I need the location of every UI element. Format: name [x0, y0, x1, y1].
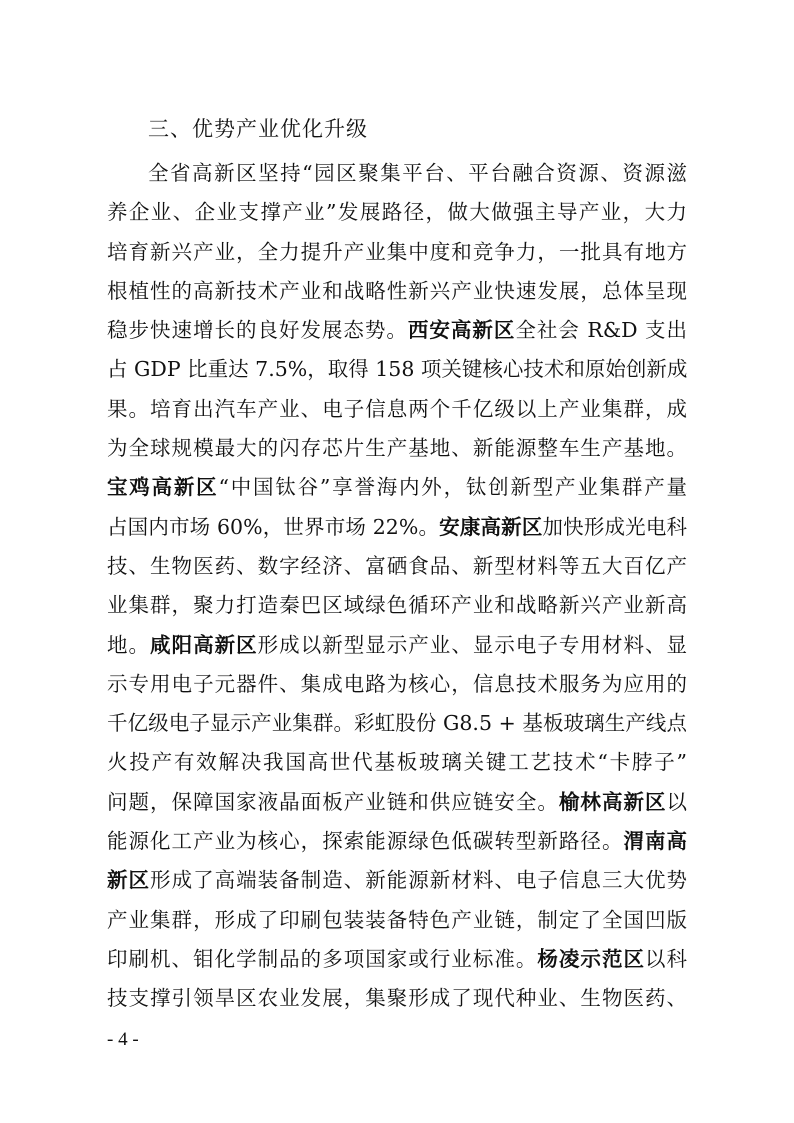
- paragraph-body: 全省高新区坚持“园区聚集平台、平台融合资源、资源滋养企业、企业支撑产业”发展路径…: [107, 154, 687, 1019]
- text-segment: 业集群，聚力打造秦巴区域绿色循环产业和战略新兴产业新高: [107, 593, 687, 617]
- text-line: 为全球规模最大的闪存芯片生产基地、新能源整车生产基地。: [107, 429, 687, 468]
- text-line: 技、生物医药、数字经济、富硒食品、新型材料等五大百亿产: [107, 547, 687, 586]
- text-line: 全省高新区坚持“园区聚集平台、平台融合资源、资源滋: [107, 154, 687, 193]
- text-segment: 以: [667, 790, 688, 814]
- text-segment: 问题，保障国家液晶面板产业链和供应链安全。: [107, 790, 559, 814]
- text-line: 占 GDP 比重达 7.5%，取得 158 项关键核心技术和原始创新成: [107, 350, 687, 389]
- text-segment: 形成了高端装备制造、新能源新材料、电子信息三大优势: [150, 868, 687, 892]
- highlighted-zone-name: 宝鸡高新区: [107, 475, 218, 499]
- text-line: 占国内市场 60%，世界市场 22%。安康高新区加快形成光电科: [107, 508, 687, 547]
- text-line: 培育新兴产业，全力提升产业集中度和竞争力，一批具有地方: [107, 233, 687, 272]
- text-line: 业集群，聚力打造秦巴区域绿色循环产业和战略新兴产业新高: [107, 586, 687, 625]
- highlighted-zone-name: 安康高新区: [439, 515, 542, 539]
- text-line: 千亿级电子显示产业集群。彩虹股份 G8.5 + 基板玻璃生产线点: [107, 704, 687, 743]
- section-heading: 三、优势产业优化升级: [148, 113, 368, 145]
- highlighted-zone-name: 渭南高: [623, 829, 687, 853]
- text-segment: 示专用电子元器件、集成电路为核心，信息技术服务为应用的: [107, 672, 687, 696]
- text-line: 产业集群，形成了印刷包装装备特色产业链，制定了全国凹版: [107, 901, 687, 940]
- text-line: 技支撑引领旱区农业发展，集聚形成了现代种业、生物医药、: [107, 979, 687, 1018]
- text-segment: 千亿级电子显示产业集群。彩虹股份 G8.5 + 基板玻璃生产线点: [107, 711, 687, 735]
- text-line: 示专用电子元器件、集成电路为核心，信息技术服务为应用的: [107, 665, 687, 704]
- highlighted-zone-name: 杨凌示范区: [537, 947, 645, 971]
- text-segment: 地。: [107, 633, 150, 657]
- text-line: 养企业、企业支撑产业”发展路径，做大做强主导产业，大力: [107, 193, 687, 232]
- text-segment: 果。培育出汽车产业、电子信息两个千亿级以上产业集群，成: [107, 397, 687, 421]
- page-number: - 4 -: [107, 1026, 139, 1054]
- text-segment: 占 GDP 比重达 7.5%，取得 158 项关键核心技术和原始创新成: [107, 357, 687, 381]
- text-line: 宝鸡高新区“中国钛谷”享誉海内外，钛创新型产业集群产量: [107, 468, 687, 507]
- text-segment: 养企业、企业支撑产业”发展路径，做大做强主导产业，大力: [107, 200, 687, 224]
- text-segment: 稳步快速增长的良好发展态势。: [107, 318, 408, 342]
- text-segment: 以科: [645, 947, 687, 971]
- text-line: 稳步快速增长的良好发展态势。西安高新区全社会 R&D 支出: [107, 311, 687, 350]
- text-segment: 全省高新区坚持“园区聚集平台、平台融合资源、资源滋: [148, 161, 687, 185]
- text-segment: 根植性的高新技术产业和战略性新兴产业快速发展，总体呈现: [107, 279, 687, 303]
- text-segment: 加快形成光电科: [543, 515, 688, 539]
- highlighted-zone-name: 咸阳高新区: [150, 633, 258, 657]
- document-page: 三、优势产业优化升级 全省高新区坚持“园区聚集平台、平台融合资源、资源滋养企业、…: [0, 0, 794, 1123]
- text-line: 果。培育出汽车产业、电子信息两个千亿级以上产业集群，成: [107, 390, 687, 429]
- highlighted-zone-name: 新区: [107, 868, 150, 892]
- text-line: 新区形成了高端装备制造、新能源新材料、电子信息三大优势: [107, 861, 687, 900]
- text-line: 能源化工产业为核心，探索能源绿色低碳转型新路径。渭南高: [107, 822, 687, 861]
- text-segment: 全社会 R&D 支出: [515, 318, 687, 342]
- text-line: 火投产有效解决我国高世代基板玻璃关键工艺技术“卡脖子”: [107, 743, 687, 782]
- text-segment: 为全球规模最大的闪存芯片生产基地、新能源整车生产基地。: [107, 436, 687, 460]
- text-segment: 能源化工产业为核心，探索能源绿色低碳转型新路径。: [107, 829, 623, 853]
- text-segment: 技、生物医药、数字经济、富硒食品、新型材料等五大百亿产: [107, 554, 687, 578]
- text-segment: 印刷机、钼化学制品的多项国家或行业标准。: [107, 947, 537, 971]
- text-line: 根植性的高新技术产业和战略性新兴产业快速发展，总体呈现: [107, 272, 687, 311]
- text-segment: 占国内市场 60%，世界市场 22%。: [107, 515, 439, 539]
- text-segment: 形成以新型显示产业、显示电子专用材料、显: [258, 633, 687, 657]
- text-segment: 产业集群，形成了印刷包装装备特色产业链，制定了全国凹版: [107, 908, 687, 932]
- highlighted-zone-name: 西安高新区: [408, 318, 515, 342]
- text-segment: “中国钛谷”享誉海内外，钛创新型产业集群产量: [218, 475, 687, 499]
- highlighted-zone-name: 榆林高新区: [559, 790, 667, 814]
- text-segment: 技支撑引领旱区农业发展，集聚形成了现代种业、生物医药、: [107, 986, 687, 1010]
- text-line: 印刷机、钼化学制品的多项国家或行业标准。杨凌示范区以科: [107, 940, 687, 979]
- text-segment: 培育新兴产业，全力提升产业集中度和竞争力，一批具有地方: [107, 240, 687, 264]
- text-segment: 火投产有效解决我国高世代基板玻璃关键工艺技术“卡脖子”: [107, 750, 687, 774]
- text-line: 地。咸阳高新区形成以新型显示产业、显示电子专用材料、显: [107, 626, 687, 665]
- text-line: 问题，保障国家液晶面板产业链和供应链安全。榆林高新区以: [107, 783, 687, 822]
